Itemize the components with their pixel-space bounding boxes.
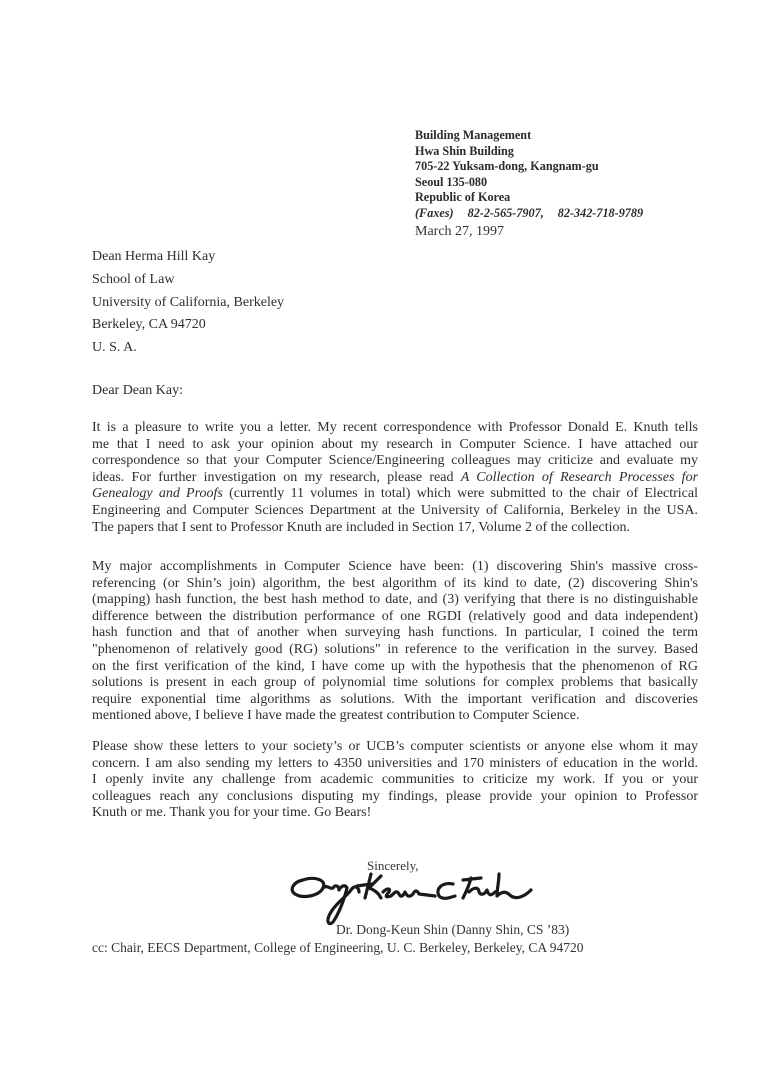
paragraph-line: The papers that I sent to Professor Knut… bbox=[92, 520, 698, 537]
paragraph-line: difference between the distribution perf… bbox=[92, 609, 698, 626]
body-paragraph-1: It is a pleasure to write you a letter. … bbox=[92, 420, 698, 536]
fax-number: 82-2-565-7907, bbox=[468, 206, 544, 220]
book-title: Genealogy and Proofs bbox=[92, 486, 223, 501]
recipient-line: Dean Herma Hill Kay bbox=[92, 246, 284, 269]
paragraph-line: solutions is present in each group of po… bbox=[92, 675, 698, 692]
paragraph-line: correspondence so that your Computer Sci… bbox=[92, 453, 698, 470]
paragraph-line: referencing (or Shin’s join) algorithm, … bbox=[92, 576, 698, 593]
signer-name: Dr. Dong-Keun Shin (Danny Shin, CS ’83) bbox=[336, 922, 569, 938]
sender-fax-line: (Faxes)82-2-565-7907,82-342-718-9789 bbox=[415, 206, 643, 222]
fax-label: (Faxes) bbox=[415, 206, 454, 220]
body-paragraph-2: My major accomplishments in Computer Sci… bbox=[92, 559, 698, 725]
recipient-line: University of California, Berkeley bbox=[92, 292, 284, 315]
sender-line: Republic of Korea bbox=[415, 190, 643, 206]
paragraph-line: Please show these letters to your societ… bbox=[92, 739, 698, 756]
salutation: Dear Dean Kay: bbox=[92, 383, 183, 399]
sender-line: Hwa Shin Building bbox=[415, 144, 643, 160]
paragraph-line: Genealogy and Proofs (currently 11 volum… bbox=[92, 486, 698, 503]
body-paragraph-3: Please show these letters to your societ… bbox=[92, 739, 698, 822]
sender-line: 705-22 Yuksam-dong, Kangnam-gu bbox=[415, 159, 643, 175]
paragraph-line: I openly invite any challenge from acade… bbox=[92, 772, 698, 789]
cc-line: cc: Chair, EECS Department, College of E… bbox=[92, 940, 583, 956]
paragraph-line: Knuth or me. Thank you for your time. Go… bbox=[92, 805, 698, 822]
recipient-address-block: Dean Herma Hill Kay School of Law Univer… bbox=[92, 246, 284, 360]
sender-line: Building Management bbox=[415, 128, 643, 144]
paragraph-line: "phenomenon of relatively good (RG) solu… bbox=[92, 642, 698, 659]
paragraph-line: on the first verification of the kind, I… bbox=[92, 659, 698, 676]
paragraph-line: (mapping) hash function, the best hash m… bbox=[92, 592, 698, 609]
letter-page: Building Management Hwa Shin Building 70… bbox=[0, 0, 760, 1069]
paragraph-line: colleagues reach any conclusions disputi… bbox=[92, 789, 698, 806]
recipient-line: U. S. A. bbox=[92, 337, 284, 360]
paragraph-line: mentioned above, I believe I have made t… bbox=[92, 708, 698, 725]
recipient-line: Berkeley, CA 94720 bbox=[92, 314, 284, 337]
sender-address-block: Building Management Hwa Shin Building 70… bbox=[415, 128, 643, 222]
paragraph-line: concern. I am also sending my letters to… bbox=[92, 756, 698, 773]
paragraph-line: My major accomplishments in Computer Sci… bbox=[92, 559, 698, 576]
book-title: A Collection of Research Processes for bbox=[461, 470, 698, 485]
paragraph-line: It is a pleasure to write you a letter. … bbox=[92, 420, 698, 437]
paragraph-line: hash function and that of another when s… bbox=[92, 625, 698, 642]
paragraph-line: ideas. For further investigation on my r… bbox=[92, 470, 698, 487]
paragraph-line-text: (currently 11 volumes in total) which we… bbox=[229, 486, 698, 501]
fax-number: 82-342-718-9789 bbox=[558, 206, 643, 220]
paragraph-line: me that I need to ask your opinion about… bbox=[92, 437, 698, 454]
paragraph-line: require exponential time algorithms as s… bbox=[92, 692, 698, 709]
recipient-line: School of Law bbox=[92, 269, 284, 292]
sender-line: Seoul 135-080 bbox=[415, 175, 643, 191]
paragraph-line-text: ideas. For further investigation on my r… bbox=[92, 470, 453, 485]
letter-date: March 27, 1997 bbox=[415, 224, 504, 240]
paragraph-line: Engineering and Computer Sciences Depart… bbox=[92, 503, 698, 520]
signature-image bbox=[285, 866, 535, 928]
